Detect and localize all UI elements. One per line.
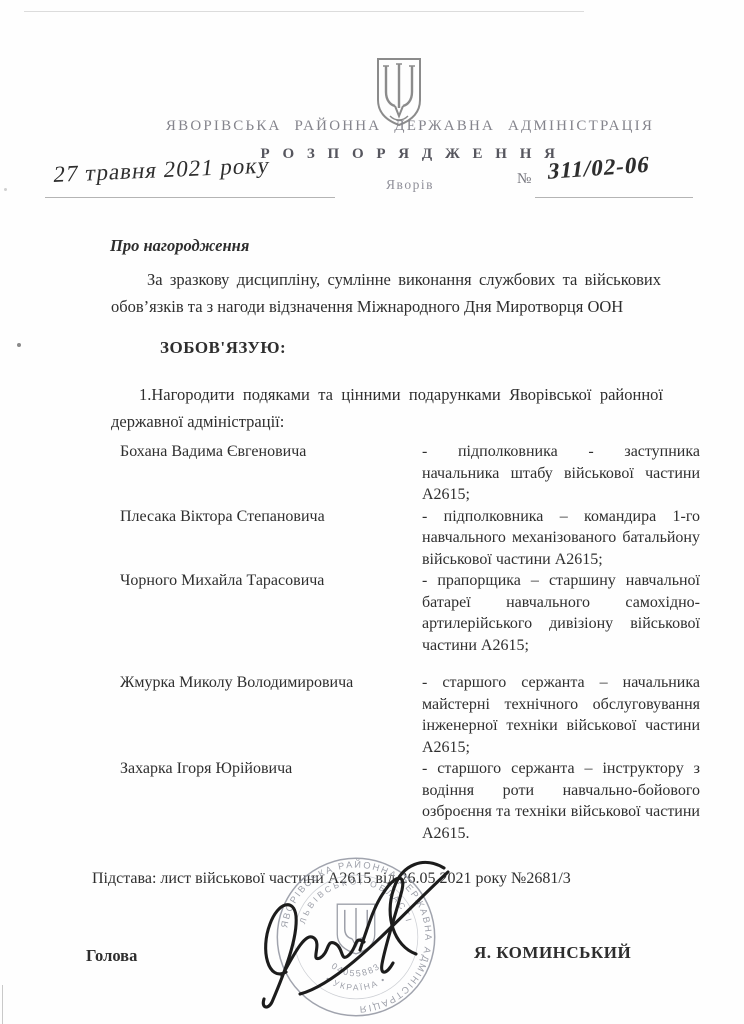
scan-artifact-edge [2,985,3,1024]
number-sign-label: № [517,171,531,188]
awardee-name: Чорного Михайла Тарасовича [120,570,422,592]
signature-scribble [248,854,460,1016]
preamble-paragraph: За зразкову дисципліну, сумлінне виконан… [111,266,661,320]
awardee-row: Захарка Ігоря Юрійовича - старшого сержа… [120,758,700,844]
awardee-description: - старшого сержанта – начальника майстер… [422,672,700,758]
org-name: ЯВОРІВСЬКА РАЙОННА ДЕРЖАВНА АДМІНІСТРАЦІ… [80,118,740,135]
awardee-row: Плесака Віктора Степановича - підполковн… [120,506,700,571]
document-page: ЯВОРІВСЬКА РАЙОННА ДЕРЖАВНА АДМІНІСТРАЦІ… [0,0,744,1024]
document-subject: Про нагородження [110,236,249,256]
order-word: ЗОБОВ'ЯЗУЮ: [160,338,286,358]
awardee-name: Бохана Вадима Євгеновича [120,441,422,463]
signer-title: Голова [86,946,137,966]
awardee-name: Захарка Ігоря Юрійовича [120,758,422,780]
awardee-row: Чорного Михайла Тарасовича - прапорщика … [120,570,700,656]
awardee-row: Жмурка Миколу Володимировича - старшого … [120,672,700,758]
awardee-list: Бохана Вадима Євгеновича - підполковника… [120,441,700,844]
awardee-row: Бохана Вадима Євгеновича - підполковника… [120,441,700,506]
awardee-description: - підполковника – командира 1-го навчаль… [422,506,700,571]
item-1-paragraph: 1.Нагородити подяками та цінними подарун… [111,381,663,435]
place-name: Яворів [80,177,740,193]
awardee-name: Плесака Віктора Степановича [120,506,422,528]
awardee-description: - прапорщика – старшину навчальної батар… [422,570,700,656]
scan-artifact-line [24,11,584,12]
date-underline [45,197,335,198]
number-underline [535,197,693,198]
scan-speck [17,343,21,347]
signer-name: Я. КОМИНСЬКИЙ [474,943,631,963]
awardee-name: Жмурка Миколу Володимировича [120,672,422,694]
awardee-description: - підполковника - заступника начальника … [422,441,700,506]
awardee-description: - старшого сержанта – інструктору з воді… [422,758,700,844]
scan-speck [4,188,7,191]
